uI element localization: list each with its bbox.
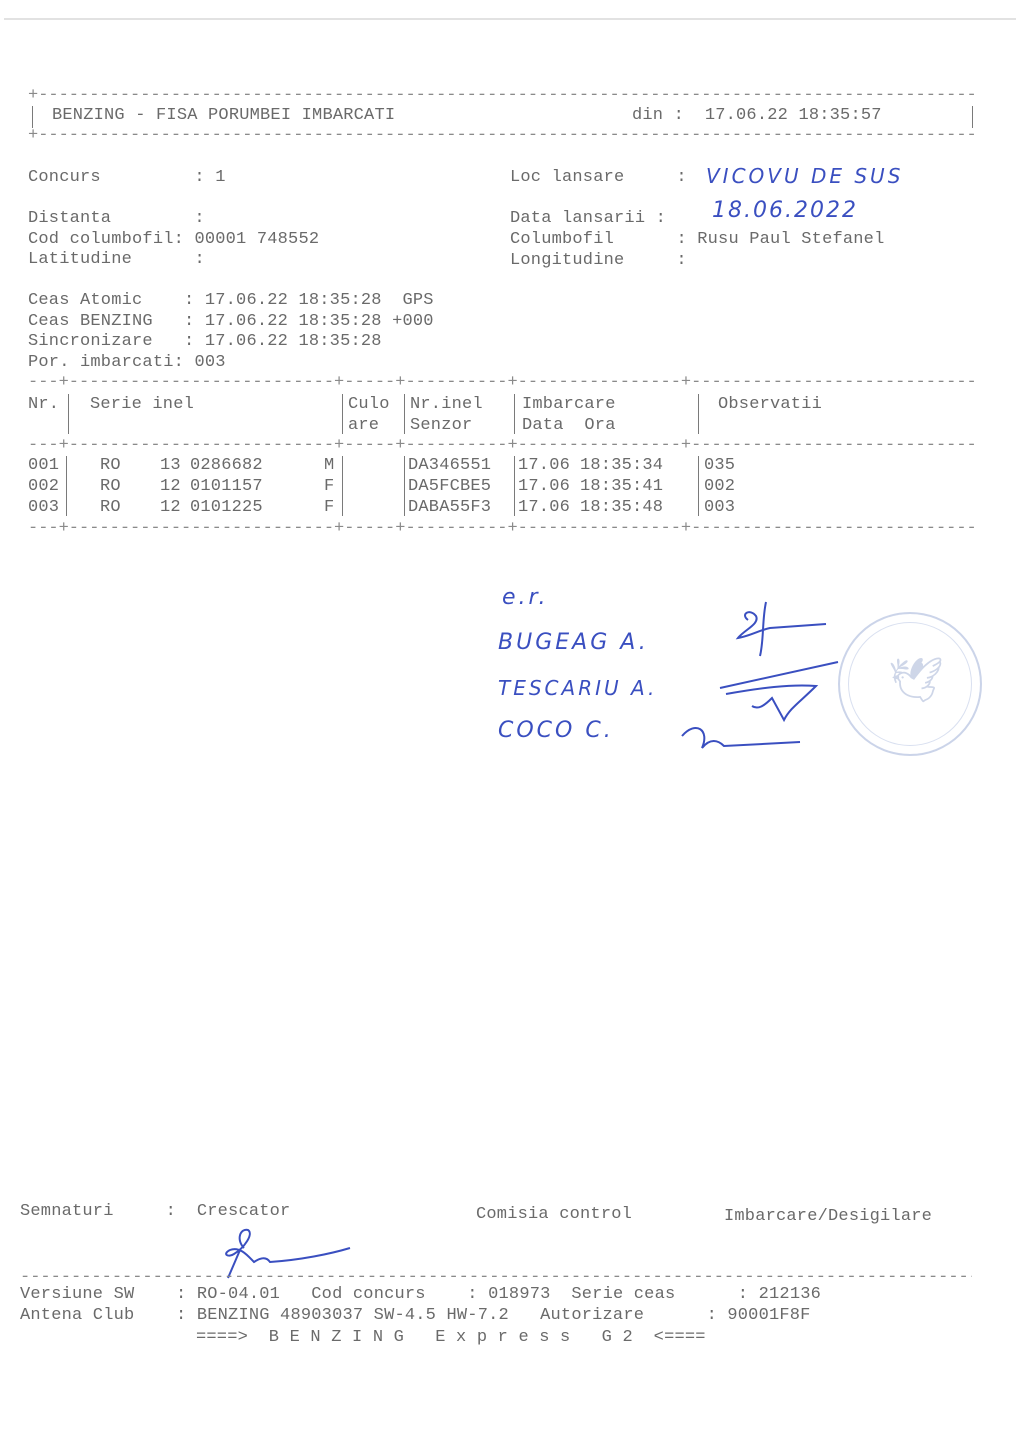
table-col-divider xyxy=(66,456,67,516)
ceas-benzing-field: Ceas BENZING : 17.06.22 18:35:28 +000 xyxy=(28,312,434,332)
row-year: 13 xyxy=(160,456,181,476)
signature-comisia-label: Comisia control xyxy=(476,1205,632,1225)
row-ring: 0101157 xyxy=(190,477,263,497)
table-col-divider xyxy=(514,456,515,516)
dove-icon: 🕊 xyxy=(888,654,944,706)
table-col-divider xyxy=(404,394,405,434)
row-nr: 003 xyxy=(28,498,59,518)
footer-row-2: Antena Club : BENZING 48903037 SW-4.5 HW… xyxy=(20,1306,811,1326)
row-data: 17.06 xyxy=(518,477,570,497)
header-border-right xyxy=(972,106,973,128)
table-col-divider xyxy=(698,394,699,434)
footer-row-1: Versiune SW : RO-04.01 Cod concurs : 018… xyxy=(20,1285,821,1305)
table-col-divider xyxy=(404,456,405,516)
commission-line-1: e.r. xyxy=(502,585,549,610)
col-header-imbarcare-1: Imbarcare xyxy=(522,395,616,415)
loc-lansare-handwritten: VICOVU DE SUS xyxy=(706,164,903,188)
data-lansarii-label: Data lansarii : xyxy=(510,209,666,229)
concurs-field: Concurs : 1 xyxy=(28,168,226,188)
signature-imbarcare-label: Imbarcare/Desigilare xyxy=(724,1207,932,1227)
ceas-atomic-field: Ceas Atomic : 17.06.22 18:35:28 GPS xyxy=(28,291,434,311)
data-lansarii-handwritten: 18.06.2022 xyxy=(712,198,858,223)
col-header-nr-inel-1: Nr.inel xyxy=(410,395,483,415)
table-col-divider xyxy=(514,394,515,434)
header-border-left xyxy=(32,106,33,128)
por-imbarcati-field: Por. imbarcati: 003 xyxy=(28,353,226,373)
col-header-culoare-2: are xyxy=(348,416,379,436)
scan-edge xyxy=(4,18,1016,20)
row-senzor: DABA55F3 xyxy=(408,498,491,518)
row-senzor: DA346551 xyxy=(408,456,491,476)
row-obs: 002 xyxy=(704,477,735,497)
row-sex: F xyxy=(324,477,334,497)
row-year: 12 xyxy=(160,477,181,497)
loc-lansare-label: Loc lansare : xyxy=(510,168,687,188)
longitudine-field: Longitudine : xyxy=(510,251,687,271)
table-header-separator: ---+--------------------------+-----+---… xyxy=(28,436,978,456)
header-date-value: 17.06.22 18:35:57 xyxy=(705,106,882,125)
row-data: 17.06 xyxy=(518,456,570,476)
sincronizare-field: Sincronizare : 17.06.22 18:35:28 xyxy=(28,332,382,352)
row-obs: 003 xyxy=(704,498,735,518)
row-ring: 0101225 xyxy=(190,498,263,518)
row-ora: 18:35:48 xyxy=(580,498,663,518)
row-nr: 002 xyxy=(28,477,59,497)
row-sex: F xyxy=(324,498,334,518)
row-country: RO xyxy=(100,498,121,518)
table-col-divider xyxy=(342,394,343,434)
club-stamp: 🕊 xyxy=(838,612,982,756)
row-ring: 0286682 xyxy=(190,456,263,476)
row-ora: 18:35:41 xyxy=(580,477,663,497)
table-border-top: ---+--------------------------+-----+---… xyxy=(28,373,978,393)
row-ora: 18:35:34 xyxy=(580,456,663,476)
commission-signatures xyxy=(700,590,840,760)
table-border-bottom: ---+--------------------------+-----+---… xyxy=(28,519,978,539)
row-data: 17.06 xyxy=(518,498,570,518)
row-obs: 035 xyxy=(704,456,735,476)
col-header-nr-inel-2: Senzor xyxy=(410,416,472,436)
cod-columbofil-field: Cod columbofil: 00001 748552 xyxy=(28,230,319,250)
commission-member-3: COCO C. xyxy=(498,718,614,743)
signatures-label: Semnaturi : Crescator xyxy=(20,1202,290,1222)
header-border-bottom: +---------------------------------------… xyxy=(28,126,978,146)
col-header-nr: Nr. xyxy=(28,395,59,415)
distanta-field: Distanta : xyxy=(28,209,205,229)
commission-member-1: BUGEAG A. xyxy=(498,630,649,655)
col-header-observatii: Observatii xyxy=(718,395,822,415)
header-date-label: din : 17.06.22 18:35:57 xyxy=(632,106,882,126)
row-year: 12 xyxy=(160,498,181,518)
row-senzor: DA5FCBE5 xyxy=(408,477,491,497)
col-header-serie-inel: Serie inel xyxy=(90,395,194,415)
columbofil-field: Columbofil : Rusu Paul Stefanel xyxy=(510,230,884,250)
header-border-top: +---------------------------------------… xyxy=(28,86,978,106)
latitudine-field: Latitudine : xyxy=(28,250,205,270)
col-header-imbarcare-2: Data Ora xyxy=(522,416,616,436)
table-col-divider xyxy=(698,456,699,516)
col-header-culoare-1: Culo xyxy=(348,395,390,415)
row-country: RO xyxy=(100,456,121,476)
footer-brand-line: ====> B E N Z I N G E x p r e s s G 2 <=… xyxy=(196,1328,706,1348)
signature-crescator-label: Crescator xyxy=(197,1202,291,1221)
row-country: RO xyxy=(100,477,121,497)
document-title: BENZING - FISA PORUMBEI IMBARCATI xyxy=(52,106,395,126)
commission-member-2: TESCARIU A. xyxy=(498,676,657,700)
row-sex: M xyxy=(324,456,334,476)
row-nr: 001 xyxy=(28,456,59,476)
table-col-divider xyxy=(68,394,69,434)
table-col-divider xyxy=(342,456,343,516)
